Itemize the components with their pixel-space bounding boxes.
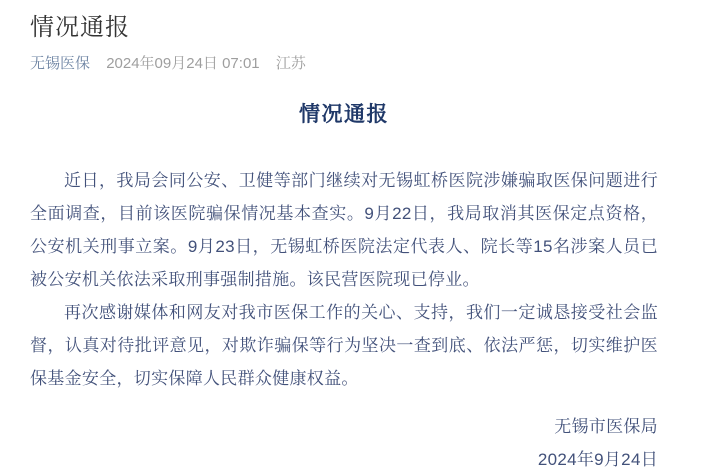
notice-paragraph-1: 近日，我局会同公安、卫健等部门继续对无锡虹桥医院涉嫌骗取医保问题进行全面调查，目… [30,164,658,296]
signature-block: 无锡市医保局 2024年9月24日 [30,410,658,473]
publish-location: 江苏 [276,55,306,72]
publish-time: 2024年09月24日 07:01 [106,55,259,72]
signature-org: 无锡市医保局 [30,410,658,443]
article-content: 情况通报 近日，我局会同公安、卫健等部门继续对无锡虹桥医院涉嫌骗取医保问题进行全… [30,98,658,473]
article-page: 情况通报 无锡医保 2024年09月24日 07:01 江苏 情况通报 近日，我… [0,0,713,473]
notice-paragraph-2: 再次感谢媒体和网友对我市医保工作的关心、支持，我们一定诚恳接受社会监督，认真对待… [30,296,658,395]
article-meta: 无锡医保 2024年09月24日 07:01 江苏 [30,54,658,74]
signature-date: 2024年9月24日 [30,443,658,473]
article-title: 情况通报 [30,12,658,43]
account-name-link[interactable]: 无锡医保 [30,55,90,72]
notice-heading: 情况通报 [30,98,658,131]
